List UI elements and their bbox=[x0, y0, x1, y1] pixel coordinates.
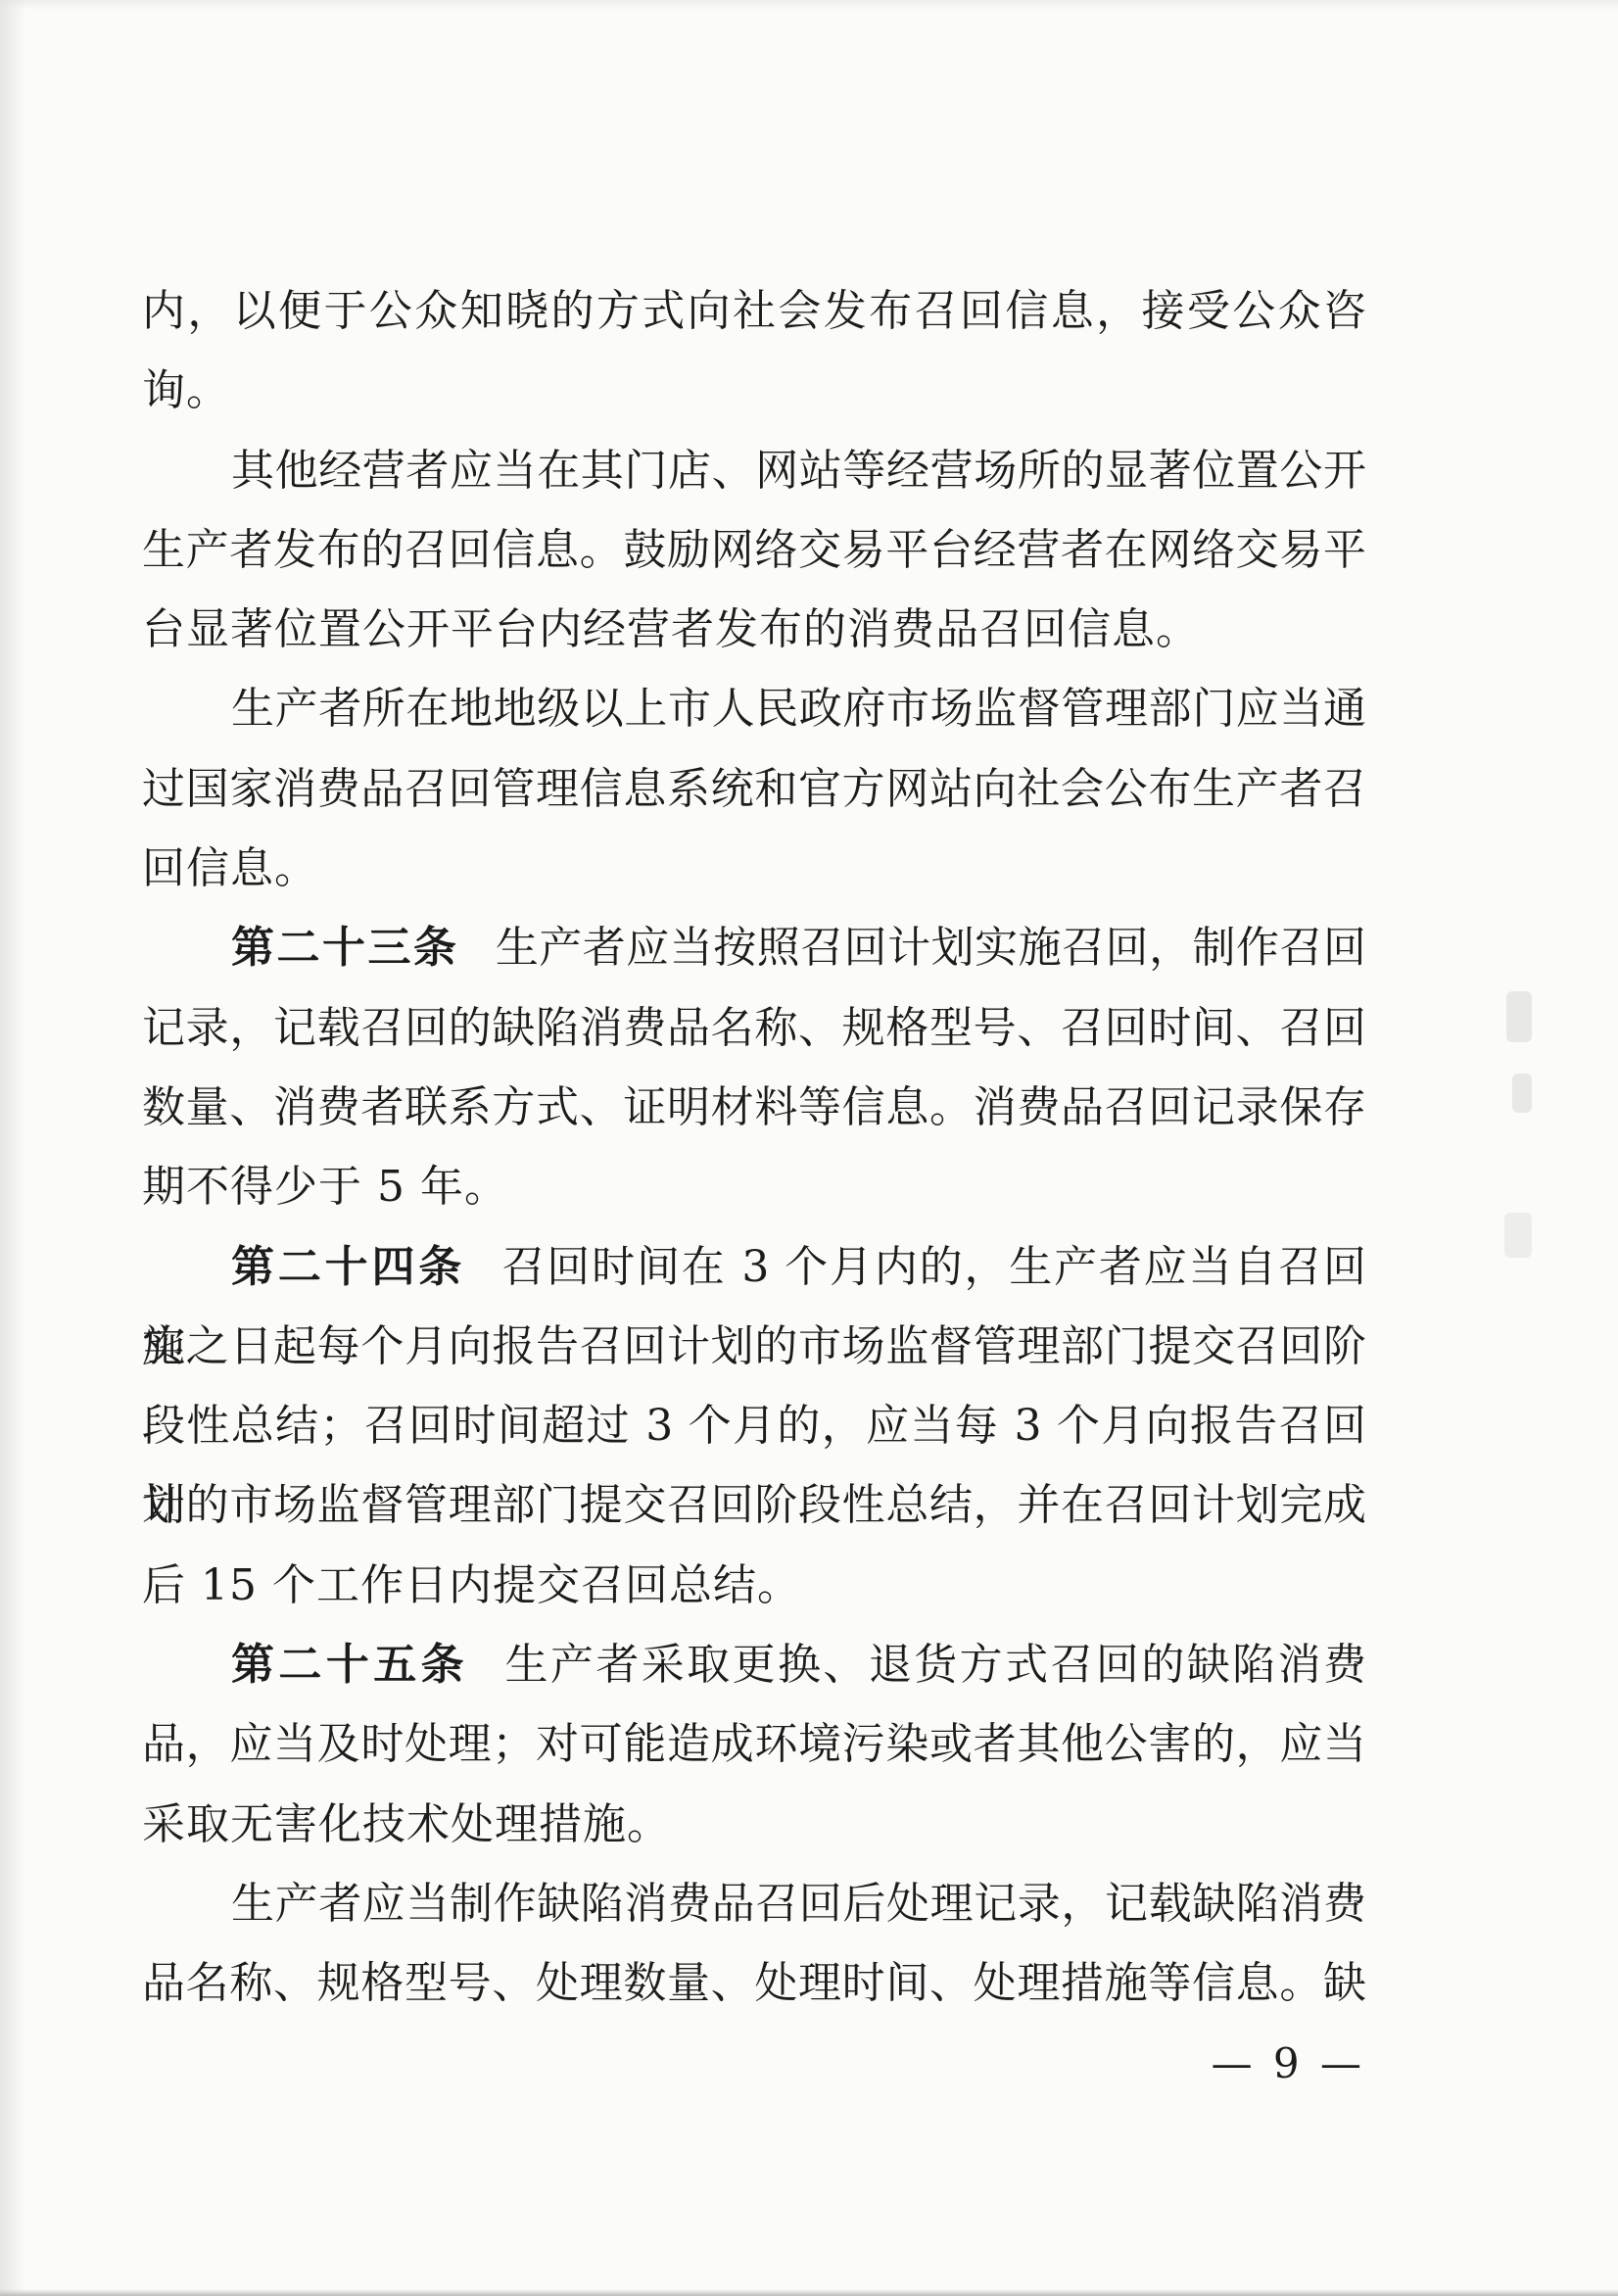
text-line: 生产者应当制作缺陷消费品召回后处理记录，记载缺陷消费 bbox=[142, 1864, 1366, 1943]
text-line: 第二十四条召回时间在 3 个月内的，生产者应当自召回实 bbox=[142, 1227, 1366, 1307]
scan-smudge bbox=[1506, 991, 1532, 1042]
text-line: 后 15 个工作日内提交召回总结。 bbox=[142, 1546, 1366, 1625]
page-number: — 9 — bbox=[1212, 2039, 1365, 2087]
article-heading: 第二十三条 bbox=[231, 923, 458, 973]
text-line: 内，以便于公众知晓的方式向社会发布召回信息，接受公众咨 bbox=[142, 271, 1366, 351]
text-line: 第二十三条生产者应当按照召回计划实施召回，制作召回 bbox=[142, 908, 1366, 987]
text-line: 其他经营者应当在其门店、网站等经营场所的显著位置公开 bbox=[142, 431, 1366, 510]
text-line: 划的市场监督管理部门提交召回阶段性总结，并在召回计划完成 bbox=[142, 1465, 1366, 1545]
text-line: 生产者所在地地级以上市人民政府市场监督管理部门应当通 bbox=[142, 669, 1366, 748]
text-line: 数量、消费者联系方式、证明材料等信息。消费品召回记录保存 bbox=[142, 1068, 1366, 1147]
scan-top-shadow bbox=[0, 0, 1618, 10]
text-line: 采取无害化技术处理措施。 bbox=[142, 1785, 1366, 1864]
article-heading: 第二十四条 bbox=[231, 1242, 465, 1292]
article-heading: 第二十五条 bbox=[231, 1640, 468, 1690]
text-line: 记录，记载召回的缺陷消费品名称、规格型号、召回时间、召回 bbox=[142, 988, 1366, 1068]
scan-left-shadow bbox=[0, 0, 25, 2296]
text-line: 第二十五条生产者采取更换、退货方式召回的缺陷消费 bbox=[142, 1625, 1366, 1704]
text-line: 施之日起每个月向报告召回计划的市场监督管理部门提交召回阶 bbox=[142, 1307, 1366, 1386]
text-line: 生产者发布的召回信息。鼓励网络交易平台经营者在网络交易平 bbox=[142, 510, 1366, 590]
text-line: 期不得少于 5 年。 bbox=[142, 1147, 1366, 1226]
text-line: 回信息。 bbox=[142, 829, 1366, 908]
text-line: 段性总结；召回时间超过 3 个月的，应当每 3 个月向报告召回计 bbox=[142, 1386, 1366, 1465]
text-line: 过国家消费品召回管理信息系统和官方网站向社会公布生产者召 bbox=[142, 749, 1366, 829]
scan-bottom-shadow bbox=[0, 2289, 1618, 2296]
text-line: 询。 bbox=[142, 351, 1366, 430]
text-line: 品名称、规格型号、处理数量、处理时间、处理措施等信息。缺 bbox=[142, 1943, 1366, 2023]
text-line-body: 生产者采取更换、退货方式召回的缺陷消费 bbox=[504, 1640, 1366, 1690]
text-line: 品，应当及时处理；对可能造成环境污染或者其他公害的，应当 bbox=[142, 1704, 1366, 1784]
text-line: 台显著位置公开平台内经营者发布的消费品召回信息。 bbox=[142, 590, 1366, 669]
document-body: 内，以便于公众知晓的方式向社会发布召回信息，接受公众咨询。其他经营者应当在其门店… bbox=[142, 271, 1366, 2024]
scan-smudge bbox=[1512, 1074, 1532, 1113]
scan-smudge bbox=[1504, 1213, 1532, 1258]
text-line-body: 生产者应当按照召回计划实施召回，制作召回 bbox=[496, 923, 1366, 973]
